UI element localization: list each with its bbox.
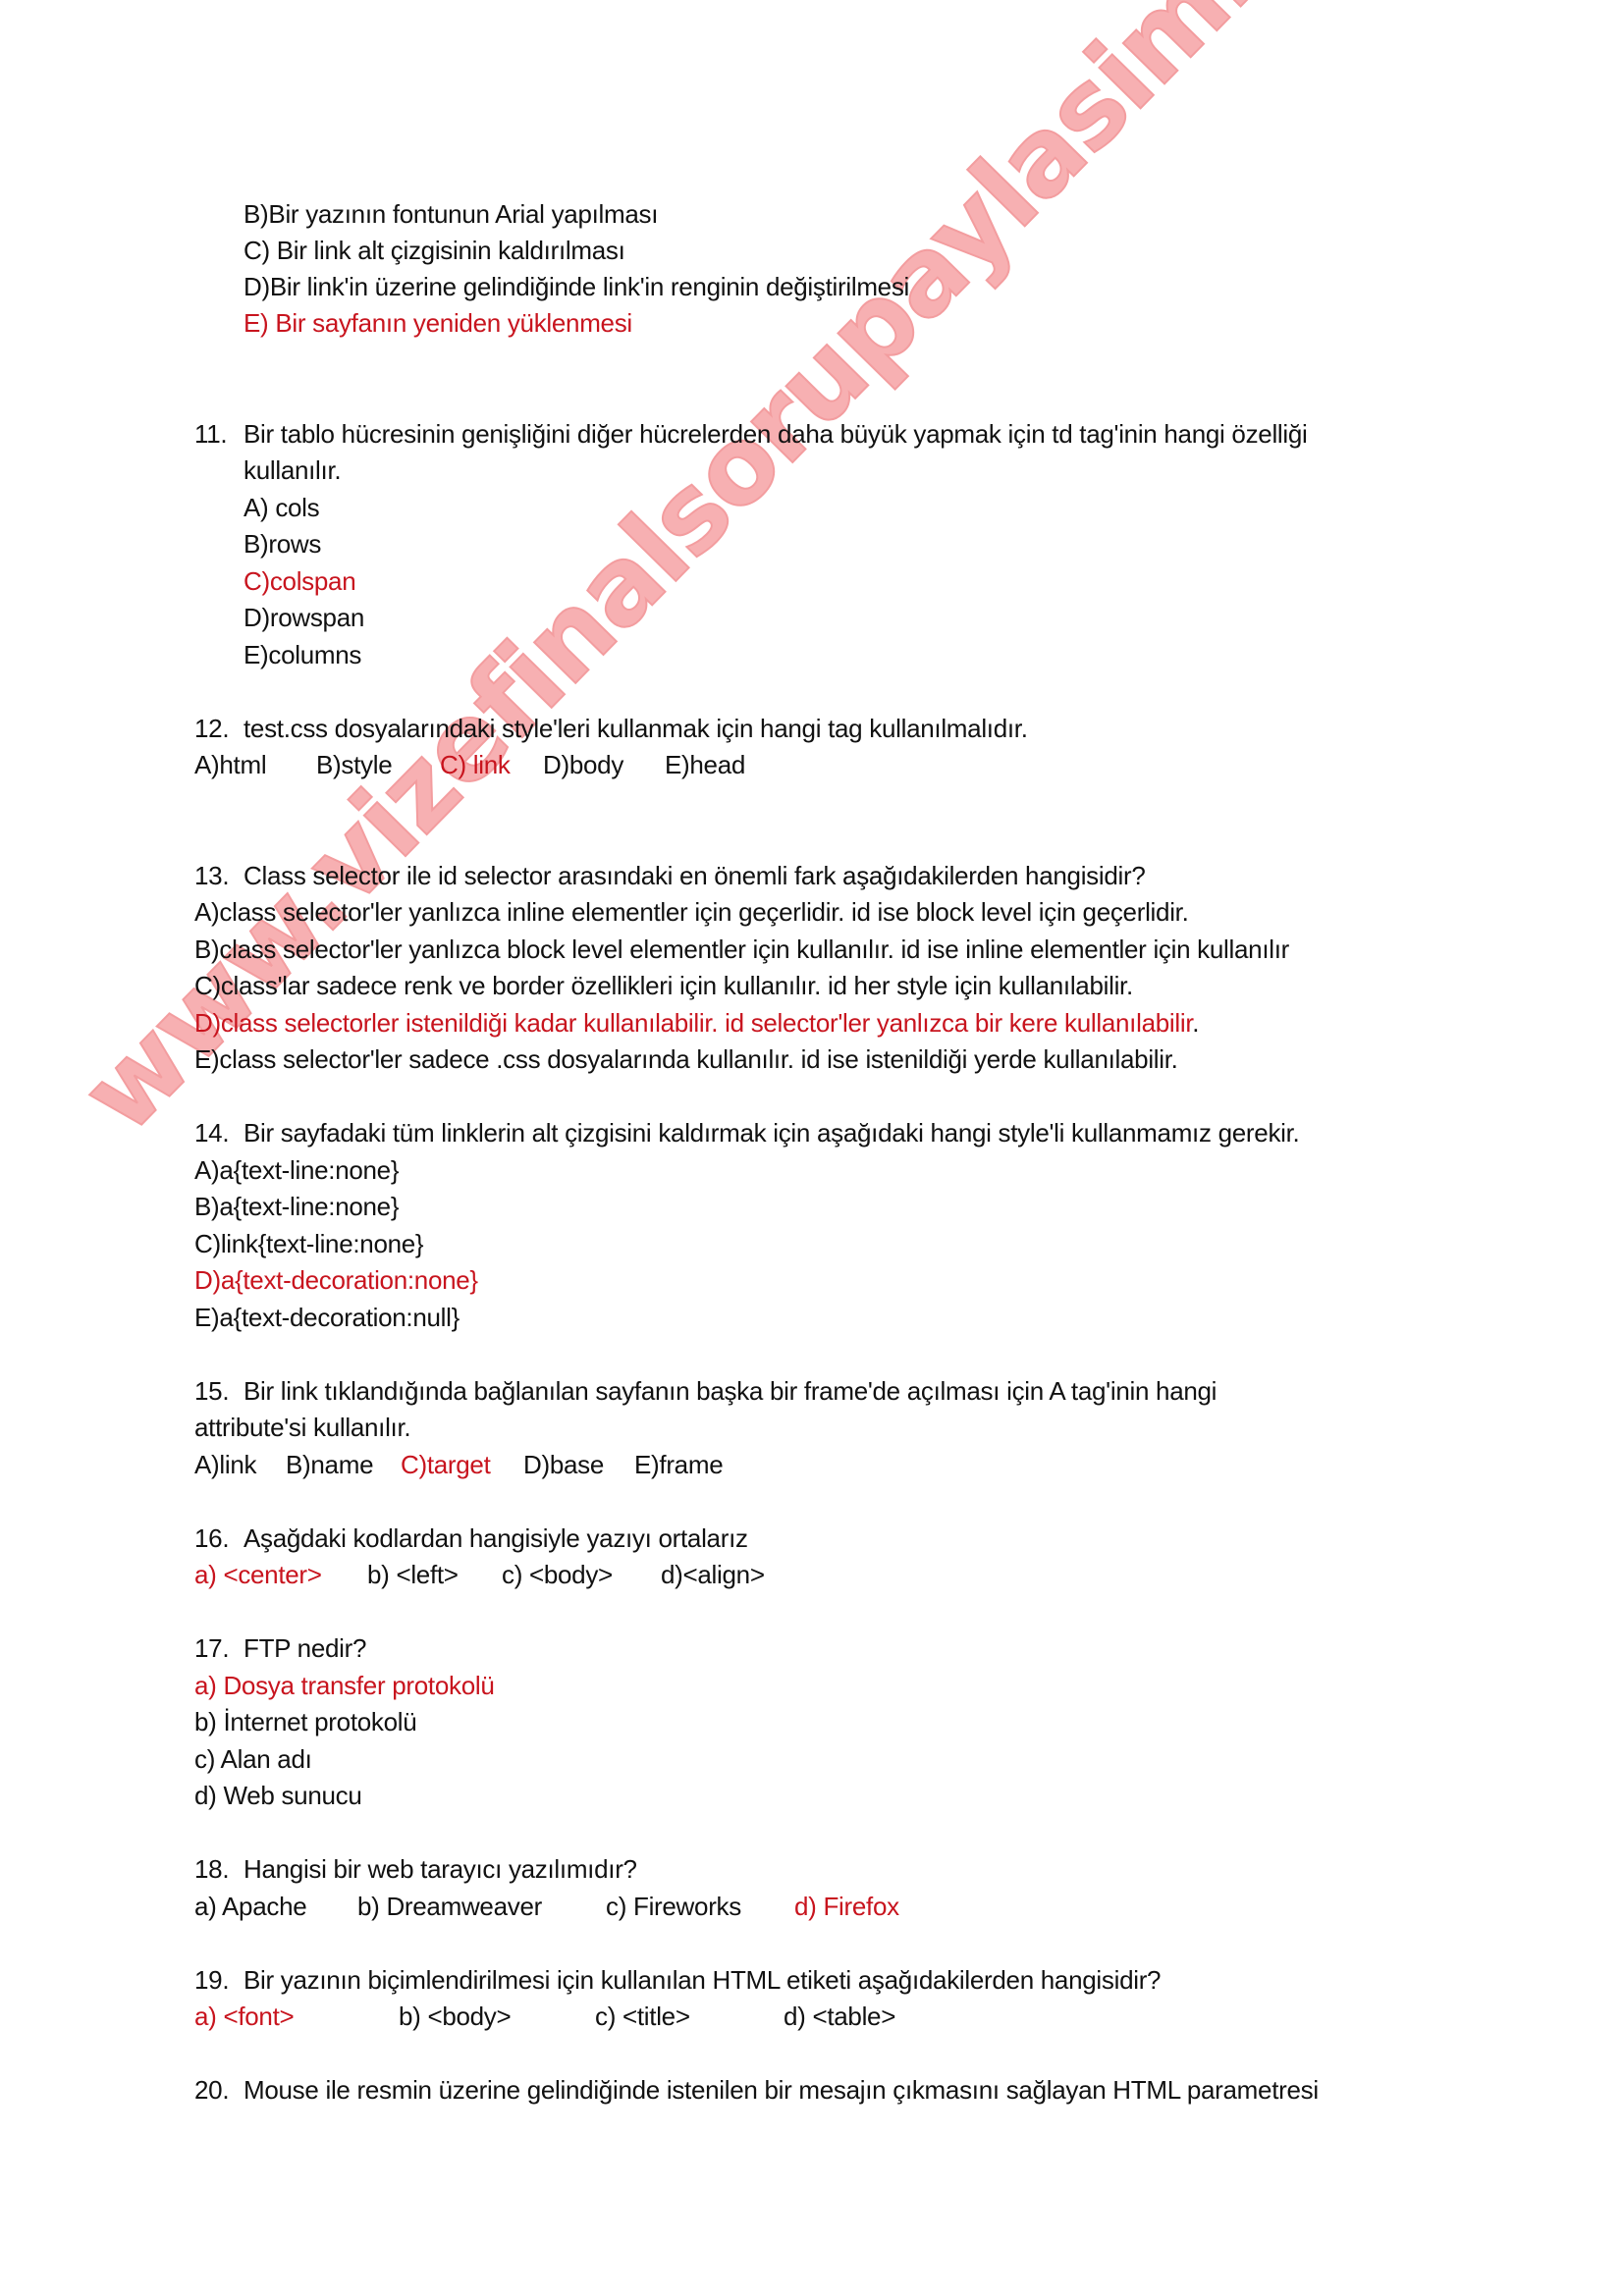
q15-option-c-answer: C)target xyxy=(401,1449,523,1480)
q18-question: 18.Hangisi bir web tarayıcı yazılımıdır? xyxy=(194,1853,637,1885)
q12-text: test.css dosyalarındaki style'leri kulla… xyxy=(243,714,1028,743)
q14-text: Bir sayfadaki tüm linklerin alt çizgisin… xyxy=(243,1118,1299,1148)
q13-option-d-trailing: . xyxy=(1192,1008,1199,1038)
q13-option-d: D)class selectorler istenildiği kadar ku… xyxy=(194,1007,1199,1039)
q18-text: Hangisi bir web tarayıcı yazılımıdır? xyxy=(243,1854,637,1884)
q12-option-c-answer: C) link xyxy=(440,749,543,780)
q10-option-c: C) Bir link alt çizgisinin kaldırılması xyxy=(243,235,625,266)
q18-option-d-answer: d) Firefox xyxy=(794,1891,899,1922)
q16-number: 16. xyxy=(194,1522,243,1554)
q14-option-b: B)a{text-line:none} xyxy=(194,1191,399,1222)
q15-option-d: D)base xyxy=(523,1449,634,1480)
q16-option-a-answer: a) <center> xyxy=(194,1559,367,1590)
q19-option-c: c) <title> xyxy=(595,2001,784,2032)
q11-text-line2: kullanılır. xyxy=(243,454,341,486)
q20-text: Mouse ile resmin üzerine gelindiğinde is… xyxy=(243,2075,1319,2105)
q16-options: a) <center>b) <left>c) <body>d)<align> xyxy=(194,1559,765,1590)
q13-option-c: C)class'lar sadece renk ve border özelli… xyxy=(194,970,1133,1001)
q15-text: Bir link tıklandığında bağlanılan sayfan… xyxy=(243,1376,1217,1406)
q19-options: a) <font>b) <body>c) <title>d) <table> xyxy=(194,2001,895,2032)
q18-options: a) Apacheb) Dreamweaverc) Fireworksd) Fi… xyxy=(194,1891,899,1922)
document-page: www.vizefinalsorupaylasimi.com B)Bir yaz… xyxy=(0,0,1623,2296)
q13-option-a: A)class selector'ler yanlızca inline ele… xyxy=(194,896,1189,928)
q15-option-b: B)name xyxy=(286,1449,401,1480)
q11-text: Bir tablo hücresinin genişliğini diğer h… xyxy=(243,419,1308,449)
q13-option-e: E)class selector'ler sadece .css dosyala… xyxy=(194,1043,1178,1075)
q13-option-d-answer: D)class selectorler istenildiği kadar ku… xyxy=(194,1008,1192,1038)
q17-number: 17. xyxy=(194,1632,243,1664)
q12-question: 12.test.css dosyalarındaki style'leri ku… xyxy=(194,713,1028,744)
q17-option-a-answer: a) Dosya transfer protokolü xyxy=(194,1670,495,1701)
q12-option-b: B)style xyxy=(316,749,440,780)
q11-question: 11.Bir tablo hücresinin genişliğini diğe… xyxy=(194,418,1308,450)
q11-option-b: B)rows xyxy=(243,528,321,560)
q13-number: 13. xyxy=(194,860,243,891)
q19-number: 19. xyxy=(194,1964,243,1996)
q17-option-b: b) İnternet protokolü xyxy=(194,1706,416,1737)
q16-option-c: c) <body> xyxy=(502,1559,661,1590)
q14-question: 14.Bir sayfadaki tüm linklerin alt çizgi… xyxy=(194,1117,1299,1148)
q19-option-a-answer: a) <font> xyxy=(194,2001,399,2032)
q10-option-e-answer: E) Bir sayfanın yeniden yüklenmesi xyxy=(243,307,632,339)
q12-options: A)htmlB)styleC) linkD)bodyE)head xyxy=(194,749,745,780)
q14-option-a: A)a{text-line:none} xyxy=(194,1154,399,1186)
q18-option-b: b) Dreamweaver xyxy=(357,1891,606,1922)
q12-option-d: D)body xyxy=(543,749,665,780)
q16-text: Aşağdaki kodlardan hangisiyle yazıyı ort… xyxy=(243,1523,748,1553)
q19-option-d: d) <table> xyxy=(784,2001,895,2032)
q13-option-b: B)class selector'ler yanlızca block leve… xyxy=(194,934,1289,965)
q17-option-d: d) Web sunucu xyxy=(194,1780,362,1811)
q16-question: 16.Aşağdaki kodlardan hangisiyle yazıyı … xyxy=(194,1522,748,1554)
q15-text-line2: attribute'si kullanılır. xyxy=(194,1412,410,1443)
q12-option-a: A)html xyxy=(194,749,316,780)
q13-question: 13.Class selector ile id selector arasın… xyxy=(194,860,1146,891)
q16-option-b: b) <left> xyxy=(367,1559,502,1590)
q12-number: 12. xyxy=(194,713,243,744)
q17-option-c: c) Alan adı xyxy=(194,1743,312,1775)
q10-option-b: B)Bir yazının fontunun Arial yapılması xyxy=(243,198,658,230)
q17-text: FTP nedir? xyxy=(243,1633,366,1663)
q13-text: Class selector ile id selector arasındak… xyxy=(243,861,1146,890)
q15-option-e: E)frame xyxy=(634,1449,723,1480)
q15-number: 15. xyxy=(194,1375,243,1407)
q18-option-a: a) Apache xyxy=(194,1891,357,1922)
q17-question: 17.FTP nedir? xyxy=(194,1632,366,1664)
q11-option-a: A) cols xyxy=(243,492,319,523)
q12-option-e: E)head xyxy=(665,749,745,780)
q11-option-c-answer: C)colspan xyxy=(243,565,355,597)
q19-option-b: b) <body> xyxy=(399,2001,595,2032)
q16-option-d: d)<align> xyxy=(661,1559,765,1590)
q14-number: 14. xyxy=(194,1117,243,1148)
q15-option-a: A)link xyxy=(194,1449,286,1480)
q19-question: 19.Bir yazının biçimlendirilmesi için ku… xyxy=(194,1964,1161,1996)
q15-question: 15.Bir link tıklandığında bağlanılan say… xyxy=(194,1375,1217,1407)
q14-option-d-answer: D)a{text-decoration:none} xyxy=(194,1264,478,1296)
q11-option-d: D)rowspan xyxy=(243,602,364,633)
q14-option-c: C)link{text-line:none} xyxy=(194,1228,423,1259)
q19-text: Bir yazının biçimlendirilmesi için kulla… xyxy=(243,1965,1161,1995)
q11-number: 11. xyxy=(194,418,243,450)
q18-number: 18. xyxy=(194,1853,243,1885)
q18-option-c: c) Fireworks xyxy=(606,1891,794,1922)
q15-options: A)linkB)nameC)targetD)baseE)frame xyxy=(194,1449,723,1480)
q11-option-e: E)columns xyxy=(243,639,361,670)
q10-option-d: D)Bir link'in üzerine gelindiğinde link'… xyxy=(243,271,909,302)
q20-number: 20. xyxy=(194,2074,243,2106)
q14-option-e: E)a{text-decoration:null} xyxy=(194,1302,460,1333)
q20-question: 20.Mouse ile resmin üzerine gelindiğinde… xyxy=(194,2074,1319,2106)
